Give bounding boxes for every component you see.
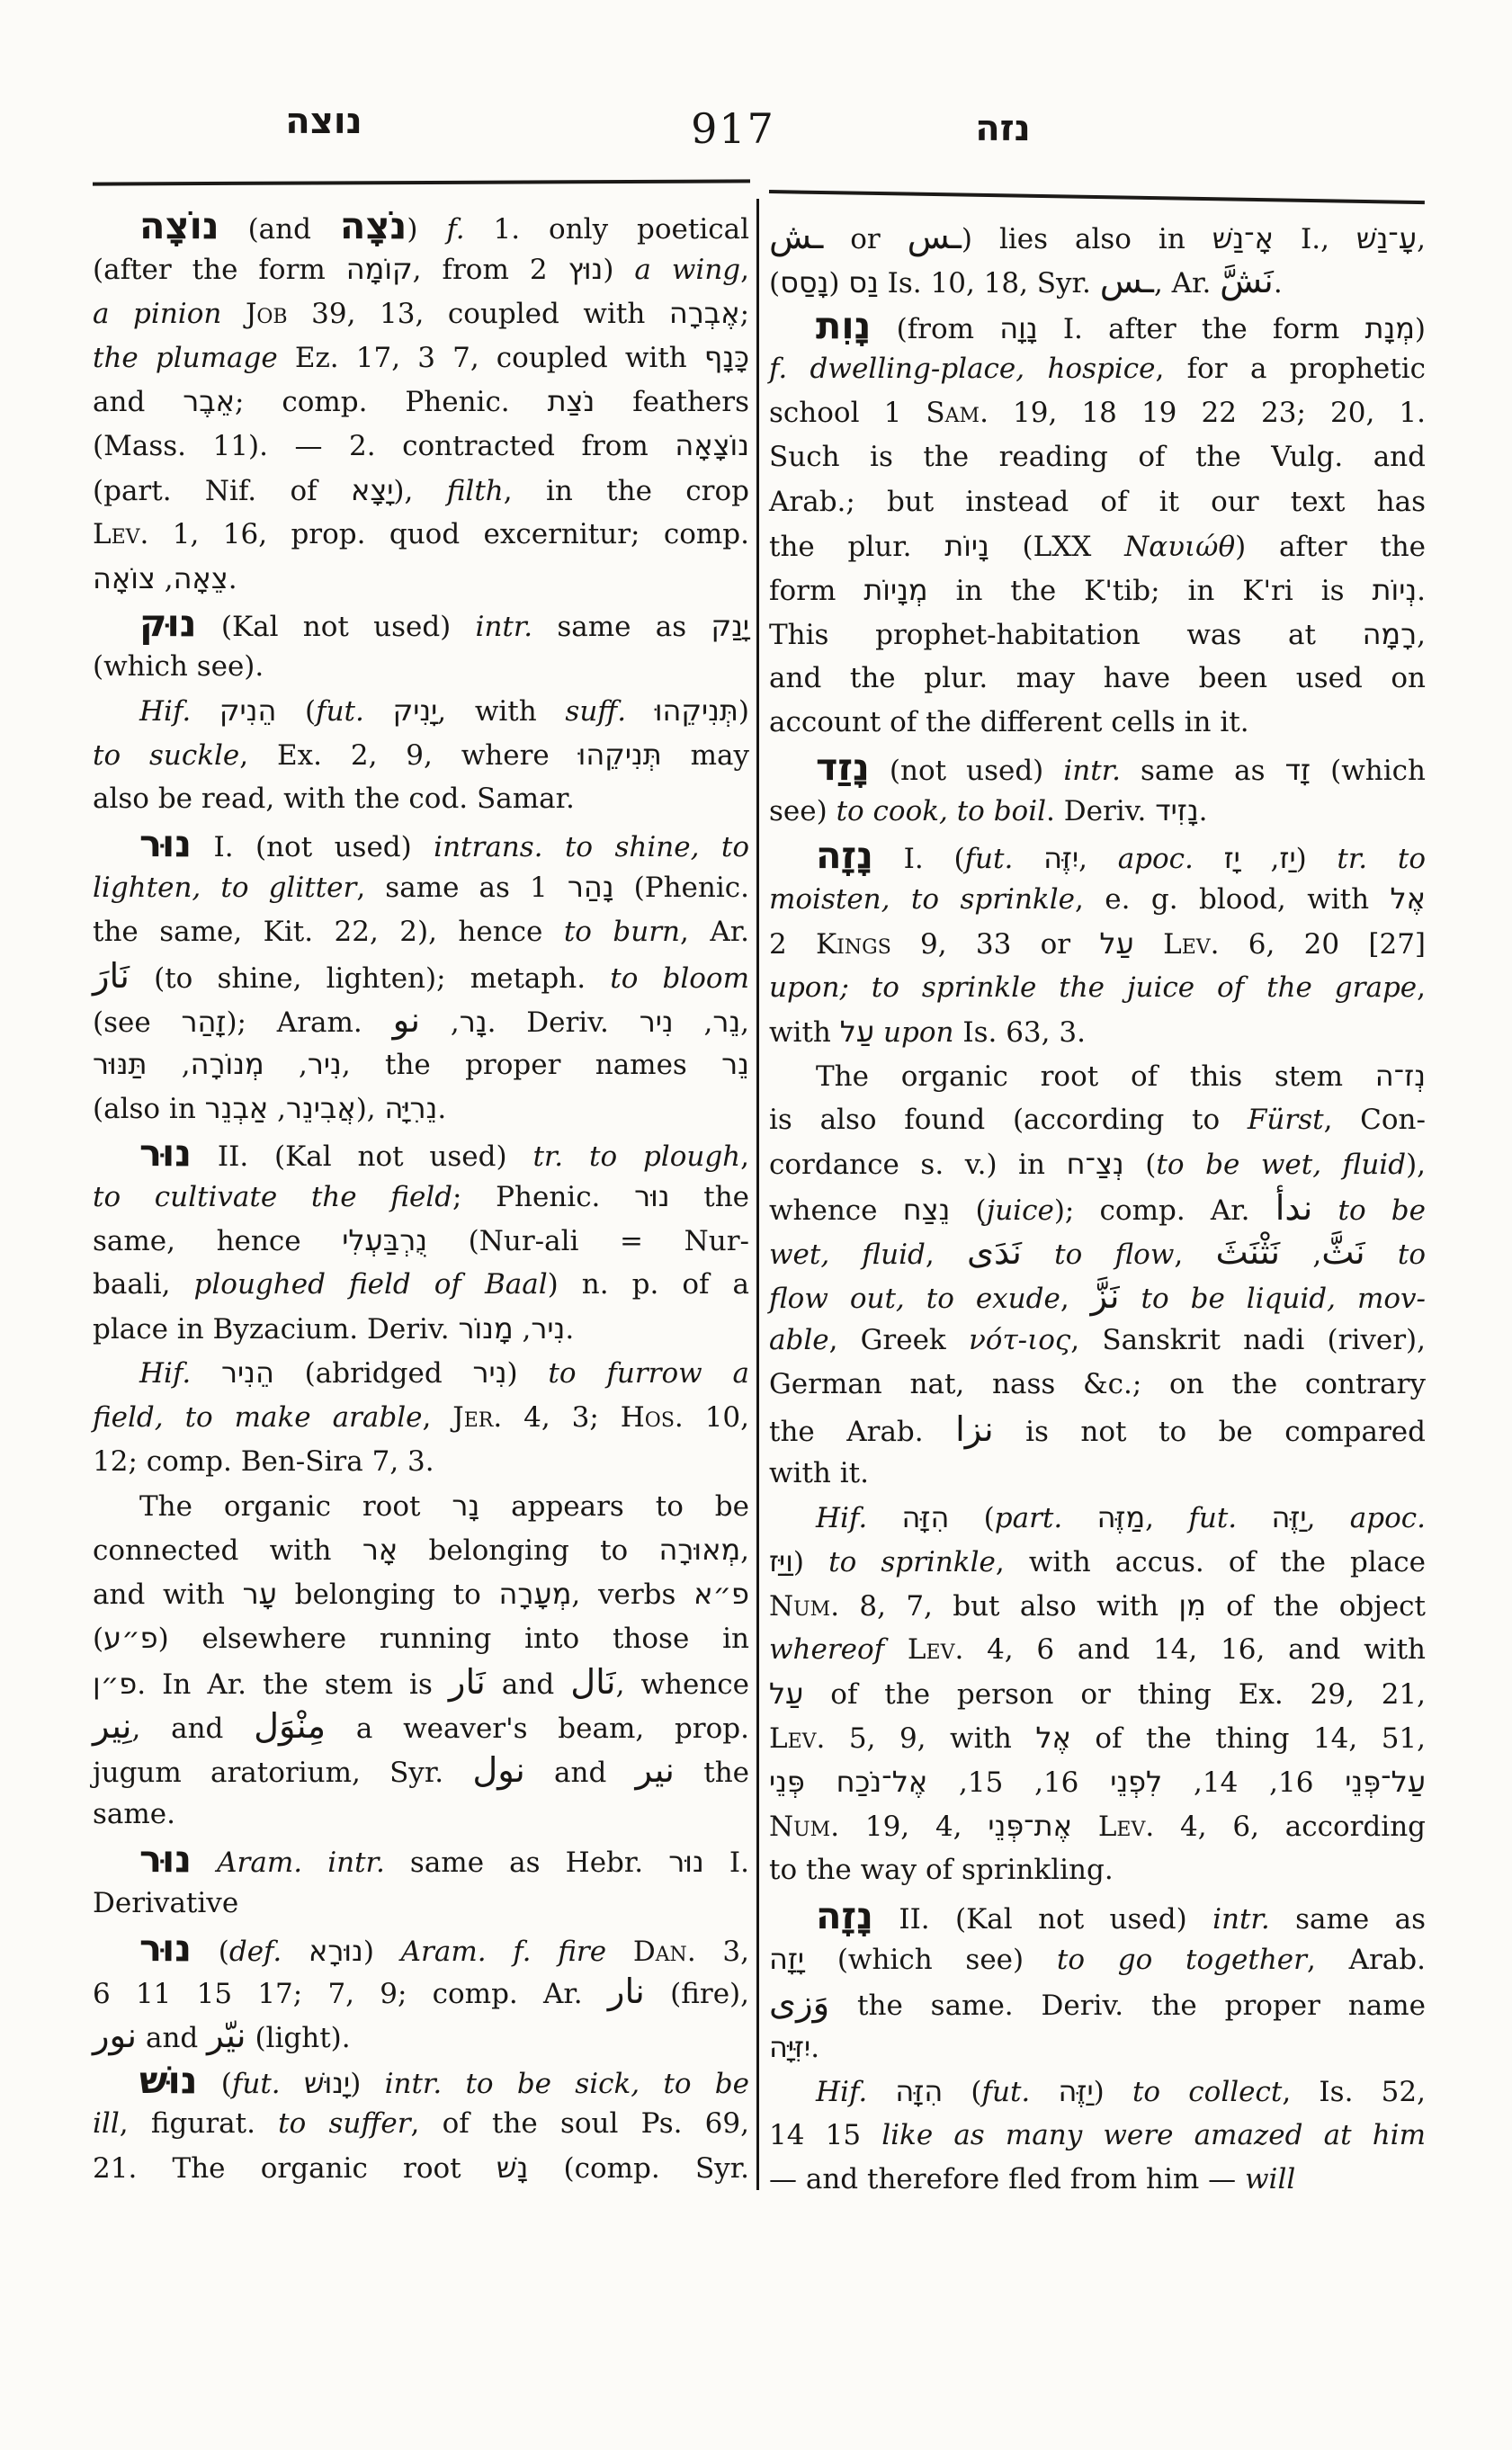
- text-line: same, hence נֻרְבַּעְלִי (Nur-ali = Nur-: [93, 1219, 749, 1263]
- text-line: (after the form קוֹמָה, from נוּץ 2) a w…: [93, 247, 749, 291]
- text-line: and the plur. may have been used on: [769, 657, 1426, 701]
- running-head-left-word: נוצה: [207, 101, 441, 142]
- text-line: وَزى the same. Deriv. the proper name: [769, 1981, 1426, 2025]
- text-line: Lev. 1, 16, prop. quod excernitur; comp.: [93, 513, 749, 557]
- text-line: עַל of the person or thing Ex. 29, 21,: [769, 1672, 1426, 1716]
- text-line: יִזִּיָּה.: [769, 2025, 1426, 2070]
- text-line: Lev. 5, 9, with אֶל of the thing 14, 51,: [769, 1716, 1426, 1760]
- text-line: to the way of sprinkling.: [769, 1848, 1426, 1892]
- text-line: נָוִת (from נָוָה I. after the form מְנָ…: [769, 303, 1426, 347]
- text-line: Hif. הִזָּה (part. מַזֶּה, fut. יַזֶּה, …: [769, 1496, 1426, 1540]
- text-line: נוֹצָה (and נֹצָה) f. 1. only poetical: [93, 203, 749, 247]
- text-line: able, Greek νότ-ιος, Sanskrit nadi (rive…: [769, 1319, 1426, 1363]
- text-line: 2 Kings 9, 33 or עַל Lev. 6, 20 [27]: [769, 922, 1426, 966]
- text-line: lighten, to glitter, same as נָהַר 1 (Ph…: [93, 865, 749, 909]
- text-line: (see זָהַר); Aram. נָר, نو. Deriv. נֵר, …: [93, 998, 749, 1042]
- text-line: פ״ן. In Ar. the stem is نَار and نَال, w…: [93, 1660, 749, 1704]
- text-line: also be read, with the cod. Samar.: [93, 777, 749, 821]
- text-line: with עַל upon Is. 63, 3.: [769, 1010, 1426, 1054]
- text-line: נוּר I. (not used) intrans. to shine, to: [93, 821, 749, 865]
- text-line: to suckle, Ex. 2, 9, where תְּנִיקֵהוּ m…: [93, 733, 749, 777]
- text-line: is also found (according to Fürst, Con-: [769, 1098, 1426, 1142]
- text-line: ill, figurat. to suffer, of the soul Ps.…: [93, 2102, 749, 2146]
- text-line: moisten, to sprinkle, e. g. blood, with …: [769, 877, 1426, 921]
- text-line: (Mass. 11). — 2. contracted from נוֹצָאָ…: [93, 424, 749, 468]
- text-line: עַל־פְּנֵי 16, 14, לִפְנֵי 16, 15, אֶל־נ…: [769, 1760, 1426, 1804]
- text-line: (also in אֲבִינֵר, אַבְנֵר), נֵרִיָּה.: [93, 1086, 749, 1131]
- text-line: school 1 Sam. 19, 18 19 22 23; 20, 1.: [769, 391, 1426, 435]
- text-line: to cultivate the field; Phenic. נוּר the: [93, 1175, 749, 1219]
- text-line: نور and نيّر (light).: [93, 2014, 749, 2058]
- text-line: צֵאָה, צוֹאָה.: [93, 557, 749, 601]
- page-number: 917: [630, 104, 837, 153]
- text-line: connected with אָר belonging to מְאוּרָה…: [93, 1528, 749, 1572]
- text-line: Hif. הִזָּה (fut. יַזֶּה) to collect, Is…: [769, 2070, 1426, 2114]
- text-line: נוּר II. (Kal not used) tr. to plough,: [93, 1131, 749, 1175]
- text-line: upon; to sprinkle the juice of the grape…: [769, 966, 1426, 1010]
- text-line: Hif. הֵנִיק (fut. יָנִיק, with suff. תְּ…: [93, 689, 749, 733]
- text-line: (part. Nif. of יָצָא), filth, in the cro…: [93, 469, 749, 513]
- text-line: This prophet-habitation was at רָמָה,: [769, 612, 1426, 657]
- text-column-right: ـش or ـس) lies also in אָ־נַשׁ I., עָ־נַ…: [769, 215, 1426, 2202]
- text-column-left: נוֹצָה (and נֹצָה) f. 1. only poetical(a…: [93, 203, 749, 2190]
- text-line: wet, fluid, نَدَى to flow, نَثَّ, نَثْنَ…: [769, 1230, 1426, 1274]
- text-line: the plumage Ez. 17, 3 7, coupled with כָ…: [93, 335, 749, 380]
- text-line: field, to make arable, Jer. 4, 3; Hos. 1…: [93, 1396, 749, 1440]
- text-line: The organic root נָר appears to be: [93, 1484, 749, 1528]
- text-line: the same, Kit. 22, 2), hence to burn, Ar…: [93, 910, 749, 954]
- text-line: see) to cook, to boil. Deriv. נָזִיד.: [769, 789, 1426, 833]
- text-line: jugum aratorium, Syr. نول and نير the: [93, 1748, 749, 1793]
- text-line: 12; comp. Ben-Sira 7, 3.: [93, 1440, 749, 1484]
- text-line: (פ״ע) elsewhere running into those in: [93, 1616, 749, 1660]
- text-line: and with עָר belonging to מְעָרָה, verbs…: [93, 1572, 749, 1616]
- scanned-dictionary-page: נוצה 917 נזה נוֹצָה (and נֹצָה) f. 1. on…: [0, 0, 1512, 2450]
- text-line: نِير, and مِنْوَل a weaver's beam, prop.: [93, 1704, 749, 1748]
- text-line: יָזָה (which see) to go together, Arab.: [769, 1937, 1426, 1981]
- text-line: — and therefore fled from him — will: [769, 2158, 1426, 2202]
- text-line: נַס (נָסַס) Is. 10, 18, Syr. ـس, Ar. نَش…: [769, 259, 1426, 303]
- text-line: same.: [93, 1793, 749, 1837]
- text-line: ـش or ـس) lies also in אָ־נַשׁ I., עָ־נַ…: [769, 215, 1426, 259]
- text-line: and אֵבֶר; comp. Phenic. נֹצַת feathers: [93, 380, 749, 424]
- running-head-right-word: נזה: [890, 108, 1115, 149]
- text-line: Such is the reading of the Vulg. and: [769, 435, 1426, 479]
- text-line: 14 15 like as many were amazed at him: [769, 2114, 1426, 2158]
- text-line: נָזָה I. (fut. יִזֶּה, apoc. יַז, יָז) t…: [769, 833, 1426, 877]
- text-line: the Arab. نزا is not to be compared: [769, 1408, 1426, 1452]
- text-line: 6 11 15 17; 7, 9; comp. Ar. نار (fire),: [93, 1970, 749, 2014]
- text-line: Arab.; but instead of it our text has: [769, 480, 1426, 524]
- text-line: account of the different cells in it.: [769, 701, 1426, 745]
- column-divider-rule: [756, 199, 759, 2190]
- text-line: נִיר, מְנוֹרָה, תַּנּוּר, the proper nam…: [93, 1042, 749, 1086]
- text-line: 21. The organic root נָשׁ (comp. Syr.: [93, 2146, 749, 2190]
- text-line: נוּר Aram. intr. same as Hebr. נוּר I.: [93, 1837, 749, 1881]
- text-line: Num. 8, 7, but also with מִן of the obje…: [769, 1584, 1426, 1628]
- text-line: flow out, to exude, نَزَّ to be liquid, …: [769, 1274, 1426, 1319]
- header-rule-left: [93, 179, 750, 185]
- text-line: נָזַד (not used) intr. same as זָד (whic…: [769, 745, 1426, 789]
- text-line: Derivative: [93, 1882, 749, 1926]
- text-line: with it.: [769, 1452, 1426, 1496]
- text-line: cordance s. v.) in נְצַ־ח (to be wet, fl…: [769, 1142, 1426, 1186]
- text-line: וַיַּז) to sprinkle, with accus. of the …: [769, 1540, 1426, 1584]
- text-line: German nat, nass &c.; on the contrary: [769, 1363, 1426, 1407]
- text-line: (which see).: [93, 645, 749, 689]
- text-line: נָזָה II. (Kal not used) intr. same as: [769, 1893, 1426, 1937]
- text-line: Num. 19, 4, אֶת־פְּנֵי Lev. 4, 6, accord…: [769, 1804, 1426, 1848]
- text-line: whereof Lev. 4, 6 and 14, 16, and with: [769, 1628, 1426, 1672]
- text-line: a pinion Job 39, 13, coupled with אֶבְרָ…: [93, 291, 749, 335]
- text-line: place in Byzacium. Deriv. נִיר, מָנוֹר.: [93, 1307, 749, 1351]
- text-line: f. dwelling-place, hospice, for a prophe…: [769, 347, 1426, 391]
- text-line: baali, ploughed field of Baal) n. p. of …: [93, 1263, 749, 1307]
- text-line: The organic root of this stem נְז־ה: [769, 1054, 1426, 1098]
- text-line: whence נֵצַח (juice); comp. Ar. ندأ to b…: [769, 1186, 1426, 1230]
- text-line: נוּשׁ (fut. יָנוּשׁ) intr. to be sick, t…: [93, 2058, 749, 2102]
- text-line: the plur. נָיוֹת (LXX Ναυιώθ) after the: [769, 524, 1426, 568]
- text-line: נוּק (Kal not used) intr. same as יָנַק: [93, 601, 749, 645]
- text-line: form מְנָיוֹת in the K'tib; in K'ri is נ…: [769, 568, 1426, 612]
- text-line: نَارَ (to shine, lighten); metaph. to bl…: [93, 954, 749, 998]
- header-rule-right: [769, 190, 1425, 204]
- text-line: נוּר (def. נוּרָא) Aram. f. fire Dan. 3,: [93, 1926, 749, 1970]
- text-line: Hif. הֵנִיר (abridged נִיר) to furrow a: [93, 1351, 749, 1395]
